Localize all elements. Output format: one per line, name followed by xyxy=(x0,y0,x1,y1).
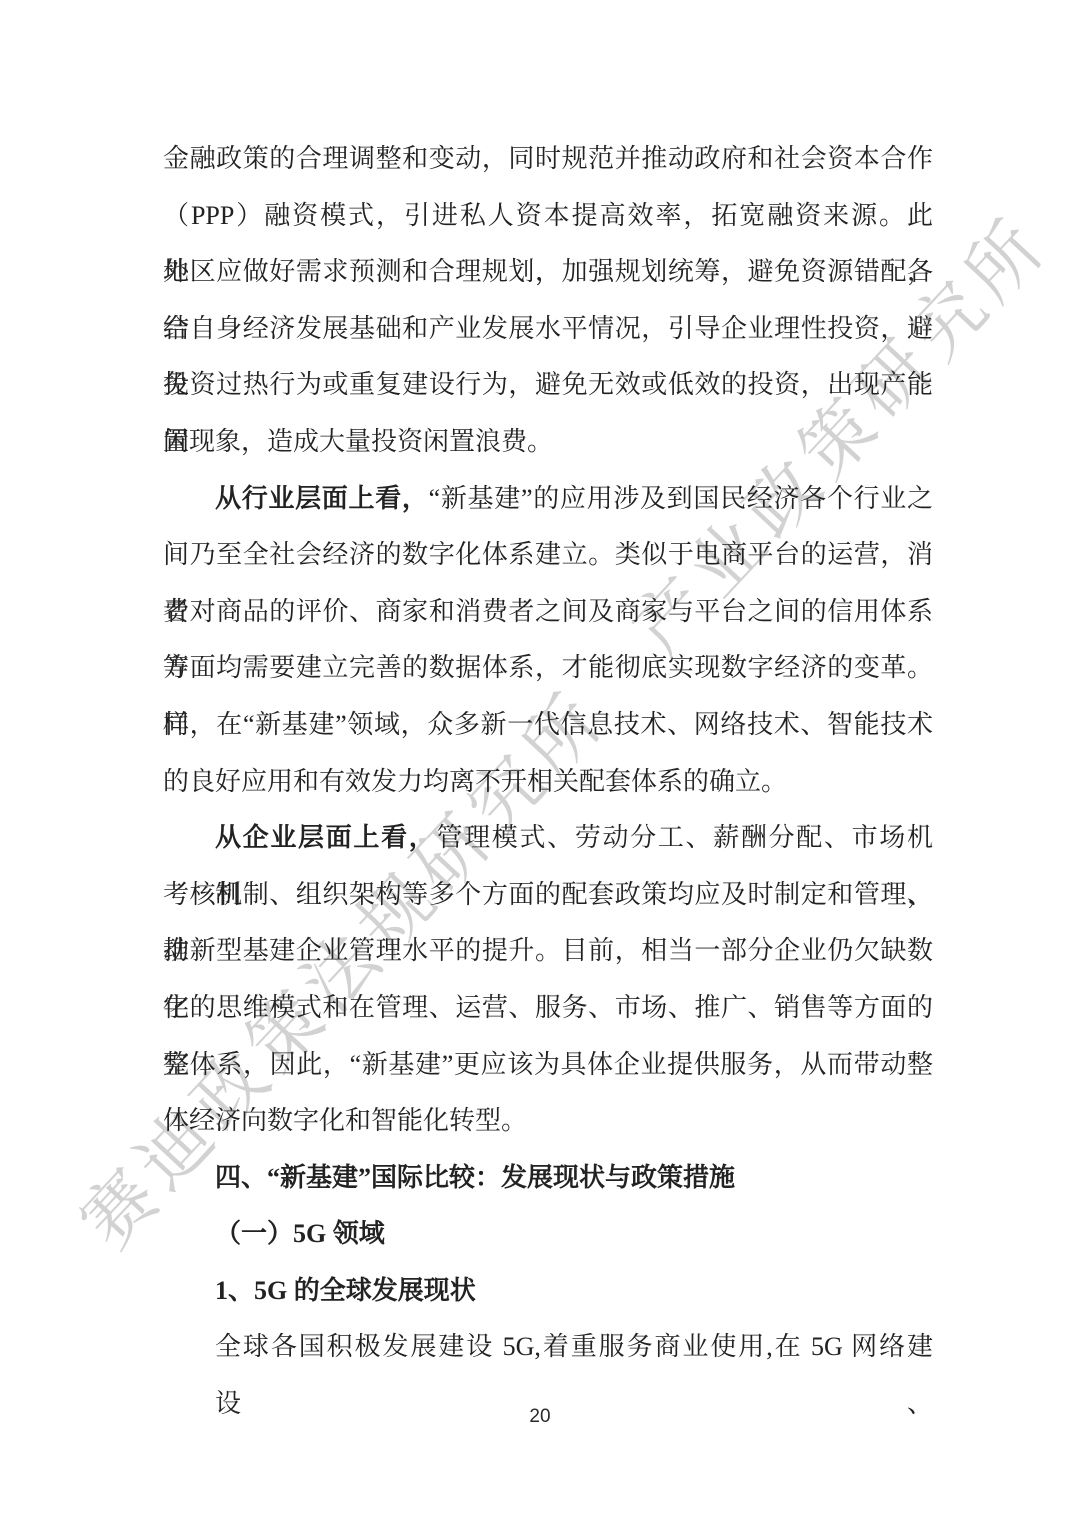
paragraph1-line6: 置现象，造成大量投资闲置浪费。 xyxy=(163,414,933,471)
subsection-heading: （一）5G 领域 xyxy=(163,1206,933,1263)
paragraph2-line4: 方面均需要建立完善的数据体系，才能彻底实现数字经济的变革。同 xyxy=(163,640,933,697)
paragraph4-line1: 全球各国积极发展建设 5G,着重服务商业使用,在 5G 网络建设、 xyxy=(163,1319,933,1376)
paragraph3-line5: 整体系，因此，“新基建”更应该为具体企业提供服务，从而带动整 xyxy=(163,1037,933,1094)
document-page: 赛迪政策法规研究所 产业政策研究所 金融政策的合理调整和变动，同时规范并推动政府… xyxy=(0,0,1080,1527)
paragraph2-line3: 者对商品的评价、商家和消费者之间及商家与平台之间的信用体系等 xyxy=(163,584,933,641)
paragraph2-line6: 的良好应用和有效发力均离不开相关配套体系的确立。 xyxy=(163,754,933,811)
paragraph2-line1: 从行业层面上看，“新基建”的应用涉及到国民经济各个行业之 xyxy=(163,471,933,528)
paragraph1-line4: 合自身经济发展基础和产业发展水平情况，引导企业理性投资，避免 xyxy=(163,301,933,358)
paragraph1-line2: （PPP）融资模式，引进私人资本提高效率，拓宽融资来源。此外，各 xyxy=(163,188,933,245)
paragraph2-line2: 间乃至全社会经济的数字化体系建立。类似于电商平台的运营，消费 xyxy=(163,527,933,584)
paragraph3-line4: 化的思维模式和在管理、运营、服务、市场、推广、销售等方面的完 xyxy=(163,980,933,1037)
paragraph3-line6: 体经济向数字化和智能化转型。 xyxy=(163,1093,933,1150)
text-column: 金融政策的合理调整和变动，同时规范并推动政府和社会资本合作 （PPP）融资模式，… xyxy=(163,131,933,1376)
paragraph3-line3: 动新型基建企业管理水平的提升。目前，相当一部分企业仍欠缺数字 xyxy=(163,923,933,980)
paragraph1-line5: 投资过热行为或重复建设行为，避免无效或低效的投资，出现产能闲 xyxy=(163,357,933,414)
subsubsection-heading: 1、5G 的全球发展现状 xyxy=(163,1263,933,1320)
paragraph1-line1: 金融政策的合理调整和变动，同时规范并推动政府和社会资本合作 xyxy=(163,131,933,188)
paragraph2-line5: 样，在“新基建”领域，众多新一代信息技术、网络技术、智能技术 xyxy=(163,697,933,754)
paragraph2-lead: 从行业层面上看， xyxy=(215,484,429,513)
paragraph1-line3: 地区应做好需求预测和合理规划，加强规划统筹，避免资源错配，结 xyxy=(163,244,933,301)
paragraph2-line1-rest: “新基建”的应用涉及到国民经济各个行业之 xyxy=(429,484,933,513)
paragraph3-line1: 从企业层面上看，管理模式、劳动分工、薪酬分配、市场机制、 xyxy=(163,810,933,867)
page-number: 20 xyxy=(0,1406,1080,1428)
section-heading: 四、“新基建”国际比较：发展现状与政策措施 xyxy=(163,1150,933,1207)
paragraph3-lead: 从企业层面上看， xyxy=(215,823,436,852)
paragraph3-line2: 考核机制、组织架构等多个方面的配套政策均应及时制定和管理，推 xyxy=(163,867,933,924)
